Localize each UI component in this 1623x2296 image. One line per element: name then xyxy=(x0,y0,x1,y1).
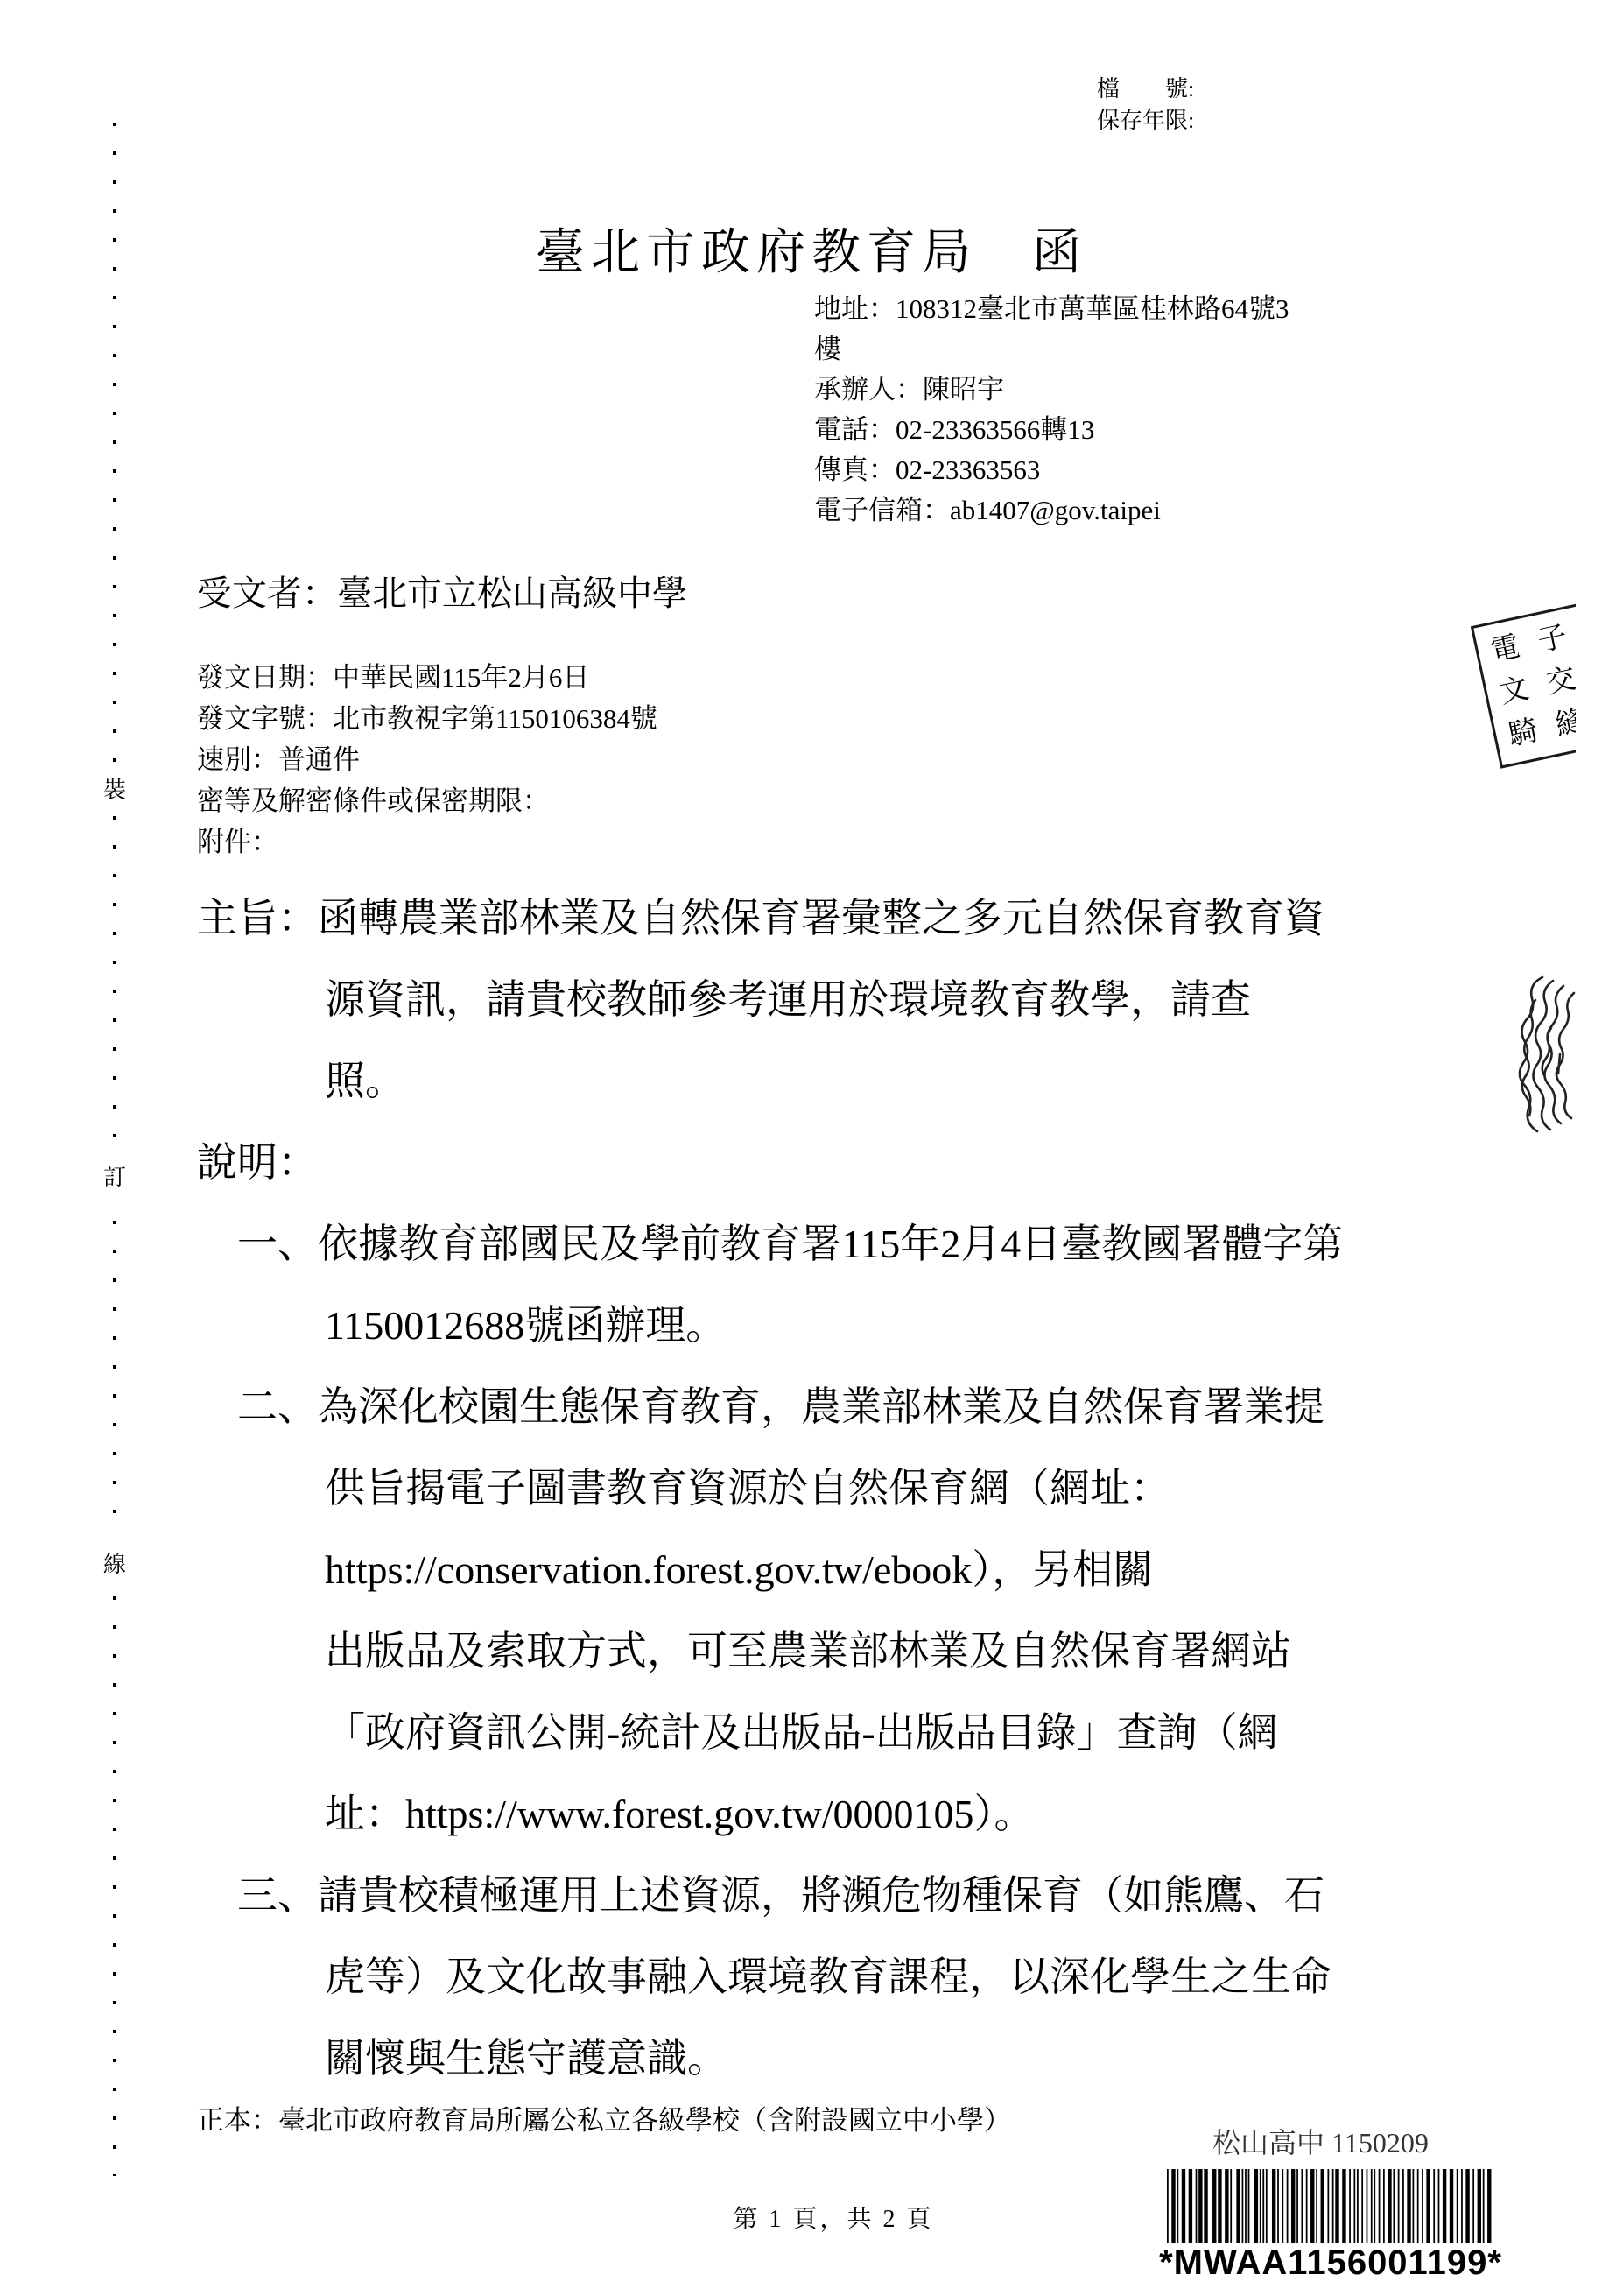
sender-address-line2: 樓 xyxy=(814,329,1289,370)
retention-period-label: 保存年限: xyxy=(1097,105,1194,137)
official-letter-page: 檔 號: 保存年限: 臺北市政府教育局 函 地址：108312臺北市萬華區桂林路… xyxy=(0,0,1623,2296)
explanation-label: 說明： xyxy=(197,1122,1343,1203)
item1-line-2: 1150012688號函辦理。 xyxy=(197,1285,1343,1366)
secrecy-class: 密等及解密條件或保密期限： xyxy=(197,780,657,821)
sender-email: 電子信箱：ab1407@gov.taipei xyxy=(814,490,1289,531)
copies-line: 正本：臺北市政府教育局所屬公私立各級學校（含附設國立中小學） xyxy=(197,2098,1011,2138)
speed-class: 速別：普通件 xyxy=(197,739,657,780)
item2-line-6: 址：https://www.forest.gov.tw/0000105）。 xyxy=(197,1773,1343,1855)
file-number-label: 檔 號: xyxy=(1097,74,1194,105)
binding-char-xian: 線 xyxy=(98,1538,131,1588)
letter-body: 主旨：函轉農業部林業及自然保育署彙整之多元自然保育教育資 源資訊，請貴校教師參考… xyxy=(197,877,1343,2099)
right-edge-stamp-area: 電子 文交 騎縫 xyxy=(1401,525,1576,1357)
item2-line-1: 二、為深化校園生態保育教育，農業部林業及自然保育署業提 xyxy=(197,1366,1343,1447)
item2-line-5: 「政府資訊公開-統計及出版品-出版品目錄」查詢（網 xyxy=(197,1692,1343,1773)
wavy-seal-mark xyxy=(1513,974,1576,1144)
recipient-line: 受文者：臺北市立松山高級中學 xyxy=(197,566,687,616)
issue-number: 發文字號：北市教視字第1150106384號 xyxy=(197,698,657,739)
received-stamp-text: 松山高中 1150209 xyxy=(1212,2121,1429,2161)
binding-dotted-line xyxy=(113,123,116,2176)
item2-line-4: 出版品及索取方式，可至農業部林業及自然保育署網站 xyxy=(197,1610,1343,1692)
barcode-text: *MWAA1156001199* xyxy=(1154,2243,1507,2283)
subject-line-3: 照。 xyxy=(197,1040,1343,1122)
item3-line-2: 虎等）及文化故事融入環境教育課程，以深化學生之生命 xyxy=(197,1936,1343,2018)
sender-contact-person: 承辦人：陳昭宇 xyxy=(814,370,1289,410)
item3-line-1: 三、請貴校積極運用上述資源，將瀕危物種保育（如熊鷹、石 xyxy=(197,1855,1343,1936)
page-indicator: 第 1 頁，共 2 頁 xyxy=(615,2200,1052,2235)
item1-line-1: 一、依據教育部國民及學前教育署115年2月4日臺教國署體字第 xyxy=(197,1203,1343,1285)
binding-char-ding: 訂 xyxy=(98,1151,131,1201)
e-stamp-row-1: 電子 xyxy=(1488,606,1576,667)
sender-contact-block: 地址：108312臺北市萬華區桂林路64號3 樓 承辦人：陳昭宇 電話：02-2… xyxy=(814,289,1289,531)
item2-line-2: 供旨揭電子圖書教育資源於自然保育網（網址： xyxy=(197,1447,1343,1529)
electronic-exchange-stamp: 電子 文交 騎縫 xyxy=(1471,592,1576,768)
subject-line-1: 主旨：函轉農業部林業及自然保育署彙整之多元自然保育教育資 xyxy=(197,877,1343,959)
sender-phone: 電話：02-23363566轉13 xyxy=(814,410,1289,450)
binding-char-zhuang: 裝 xyxy=(98,764,131,813)
sender-address-line1: 地址：108312臺北市萬華區桂林路64號3 xyxy=(814,289,1289,329)
subject-line-2: 源資訊，請貴校教師參考運用於環境教育教學，請查 xyxy=(197,959,1343,1040)
barcode xyxy=(1167,2169,1494,2243)
file-info-block: 檔 號: 保存年限: xyxy=(1097,74,1194,137)
page-title: 臺北市政府教育局 函 xyxy=(0,214,1623,284)
item2-line-3: https://conservation.forest.gov.tw/ebook… xyxy=(197,1529,1343,1610)
sender-fax: 傳真：02-23363563 xyxy=(814,450,1289,490)
doc-meta-block: 發文日期：中華民國115年2月6日 發文字號：北市教視字第1150106384號… xyxy=(197,657,657,863)
attachment-label: 附件： xyxy=(197,821,657,863)
item3-line-3: 關懷與生態守護意識。 xyxy=(197,2018,1343,2099)
issue-date: 發文日期：中華民國115年2月6日 xyxy=(197,657,657,698)
